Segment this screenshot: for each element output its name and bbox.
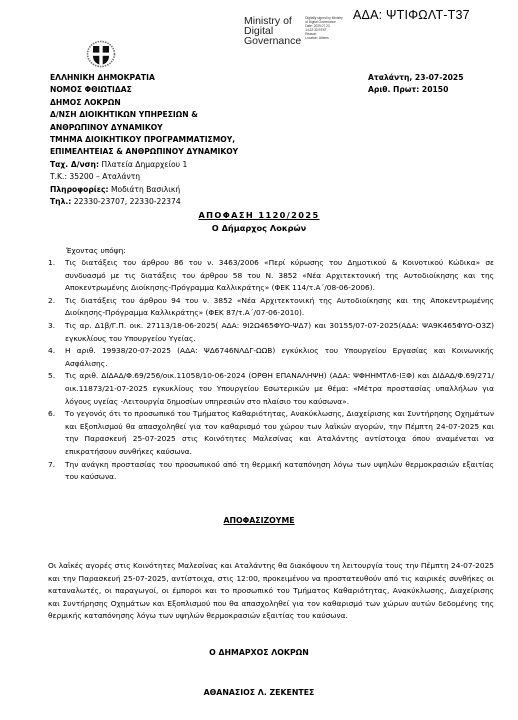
decision-subtitle: Ο Δήμαρχος Λοκρών	[0, 223, 518, 233]
decision-title: ΑΠΟΦΑΣΗ 1120/2025 Ο Δήμαρχος Λοκρών	[0, 210, 518, 233]
signatory-name: ΑΘΑΝΑΣΙΟΣ Λ. ΖΕΚΕΝΤΕΣ	[0, 688, 518, 697]
date-protocol-block: Αταλάντη, 23-07-2025 Αριθ. Πρωτ: 20150	[368, 72, 464, 97]
item-text: Τις διατάξεις του άρθρου 94 του ν. 3852 …	[65, 295, 494, 320]
item-number: 1.	[48, 257, 65, 295]
postal-code: Τ.Κ.: 35200 – Αταλάντη	[50, 171, 238, 183]
list-item: 4.Η αριθ. 19938/20-07-2025 (ΑΔΑ: ΨΔ6746Ν…	[48, 345, 494, 370]
list-item: 3.Τις αρ. Δ1β/Γ.Π. οικ. 27113/18-06-2025…	[48, 320, 494, 345]
list-item: 1.Τις διατάξεις του άρθρου 86 του ν. 346…	[48, 257, 494, 295]
issuing-authority-block: ΕΛΛΗΝΙΚΗ ΔΗΜΟΚΡΑΤΙΑ ΝΟΜΟΣ ΦΘΙΩΤΙΔΑΣ ΔΗΜΟ…	[50, 72, 238, 208]
signature-org-line: Governance	[244, 36, 301, 46]
list-item: 6.Το γεγονός ότι το προσωπικό του Τμήματ…	[48, 408, 494, 458]
item-text: Την ανάγκη προστασίας του προσωπικού από…	[65, 459, 494, 484]
digital-signature-stamp: Ministry of Digital Governance Digitally…	[244, 16, 361, 46]
authority-line: ΝΟΜΟΣ ΦΘΙΩΤΙΔΑΣ	[50, 84, 238, 96]
item-text: Τις αριθ. ΔΙΔΑΔ/Φ.69/256/οικ.11058/10-06…	[65, 370, 494, 408]
list-item: 5.Τις αριθ. ΔΙΔΑΔ/Φ.69/256/οικ.11058/10-…	[48, 370, 494, 408]
phone-label: Τηλ.:	[50, 197, 71, 206]
item-number: 5.	[48, 370, 65, 408]
info-label: Πληροφορίες:	[50, 185, 109, 194]
item-number: 7.	[48, 459, 65, 484]
list-item: 2.Τις διατάξεις του άρθρου 94 του ν. 385…	[48, 295, 494, 320]
authority-line: ΕΛΛΗΝΙΚΗ ΔΗΜΟΚΡΑΤΙΑ	[50, 72, 238, 84]
item-number: 4.	[48, 345, 65, 370]
considerations-list: 1.Τις διατάξεις του άρθρου 86 του ν. 346…	[48, 257, 494, 484]
item-number: 6.	[48, 408, 65, 458]
signatory-role: Ο ΔΗΜΑΡΧΟΣ ΛΟΚΡΩΝ	[0, 648, 518, 657]
address-value: Πλατεία Δημαρχείου 1	[99, 160, 187, 169]
ada-code: ΑΔΑ: ΨΤΙΦΩΛΤ-Τ37	[353, 8, 470, 22]
authority-line: ΑΝΘΡΩΠΙΝΟΥ ΔΥΝΑΜΙΚΟΥ	[50, 122, 238, 134]
info-line: Πληροφορίες: Μοδιάτη Βασιλική	[50, 184, 238, 196]
phone-line: Τηλ.: 22330-23707, 22330-22374	[50, 196, 238, 208]
authority-line: ΔΗΜΟΣ ΛΟΚΡΩΝ	[50, 97, 238, 109]
authority-line: ΤΜΗΜΑ ΔΙΟΙΚΗΤΙΚΟΥ ΠΡΟΓΡΑΜΜΑΤΙΣΜΟΥ,	[50, 134, 238, 146]
signature-details: Digitally signed by Ministry of Digital …	[305, 16, 361, 41]
info-value: Μοδιάτη Βασιλική	[109, 185, 181, 194]
item-text: Η αριθ. 19938/20-07-2025 (ΑΔΑ: ΨΔ6746ΝΛΔ…	[65, 345, 494, 370]
item-number: 3.	[48, 320, 65, 345]
list-item: 7.Την ανάγκη προστασίας του προσωπικού α…	[48, 459, 494, 484]
item-text: Το γεγονός ότι το προσωπικό του Τμήματος…	[65, 408, 494, 458]
address-label: Ταχ. Δ/νση:	[50, 160, 99, 169]
considerations-intro: Έχοντας υπόψη:	[66, 245, 126, 258]
greek-coat-of-arms-icon	[86, 40, 116, 68]
authority-line: Δ/ΝΣΗ ΔΙΟΙΚΗΤΙΚΩΝ ΥΠΗΡΕΣΙΩΝ &	[50, 109, 238, 121]
decision-text: Οι λαϊκές αγορές στις Κοινότητες Μαλεσίν…	[48, 560, 494, 623]
item-text: Τις διατάξεις του άρθρου 86 του ν. 3463/…	[65, 257, 494, 295]
place-date: Αταλάντη, 23-07-2025	[368, 72, 464, 84]
item-text: Τις αρ. Δ1β/Γ.Π. οικ. 27113/18-06-2025( …	[65, 320, 494, 345]
decide-heading: ΑΠΟΦΑΣΙΖΟΥΜΕ	[0, 516, 518, 525]
item-number: 2.	[48, 295, 65, 320]
protocol-number: Αριθ. Πρωτ: 20150	[368, 84, 464, 96]
authority-line: ΕΠΙΜΕΛΗΤΕΙΑΣ & ΑΝΘΡΩΠΙΝΟΥ ΔΥΝΑΜΙΚΟΥ	[50, 146, 238, 158]
address-line: Ταχ. Δ/νση: Πλατεία Δημαρχείου 1	[50, 159, 238, 171]
signature-detail-line: Location: Athens	[305, 36, 361, 40]
phone-value: 22330-23707, 22330-22374	[71, 197, 180, 206]
decision-number: ΑΠΟΦΑΣΗ 1120/2025	[0, 210, 518, 220]
signature-organization: Ministry of Digital Governance	[244, 16, 301, 46]
